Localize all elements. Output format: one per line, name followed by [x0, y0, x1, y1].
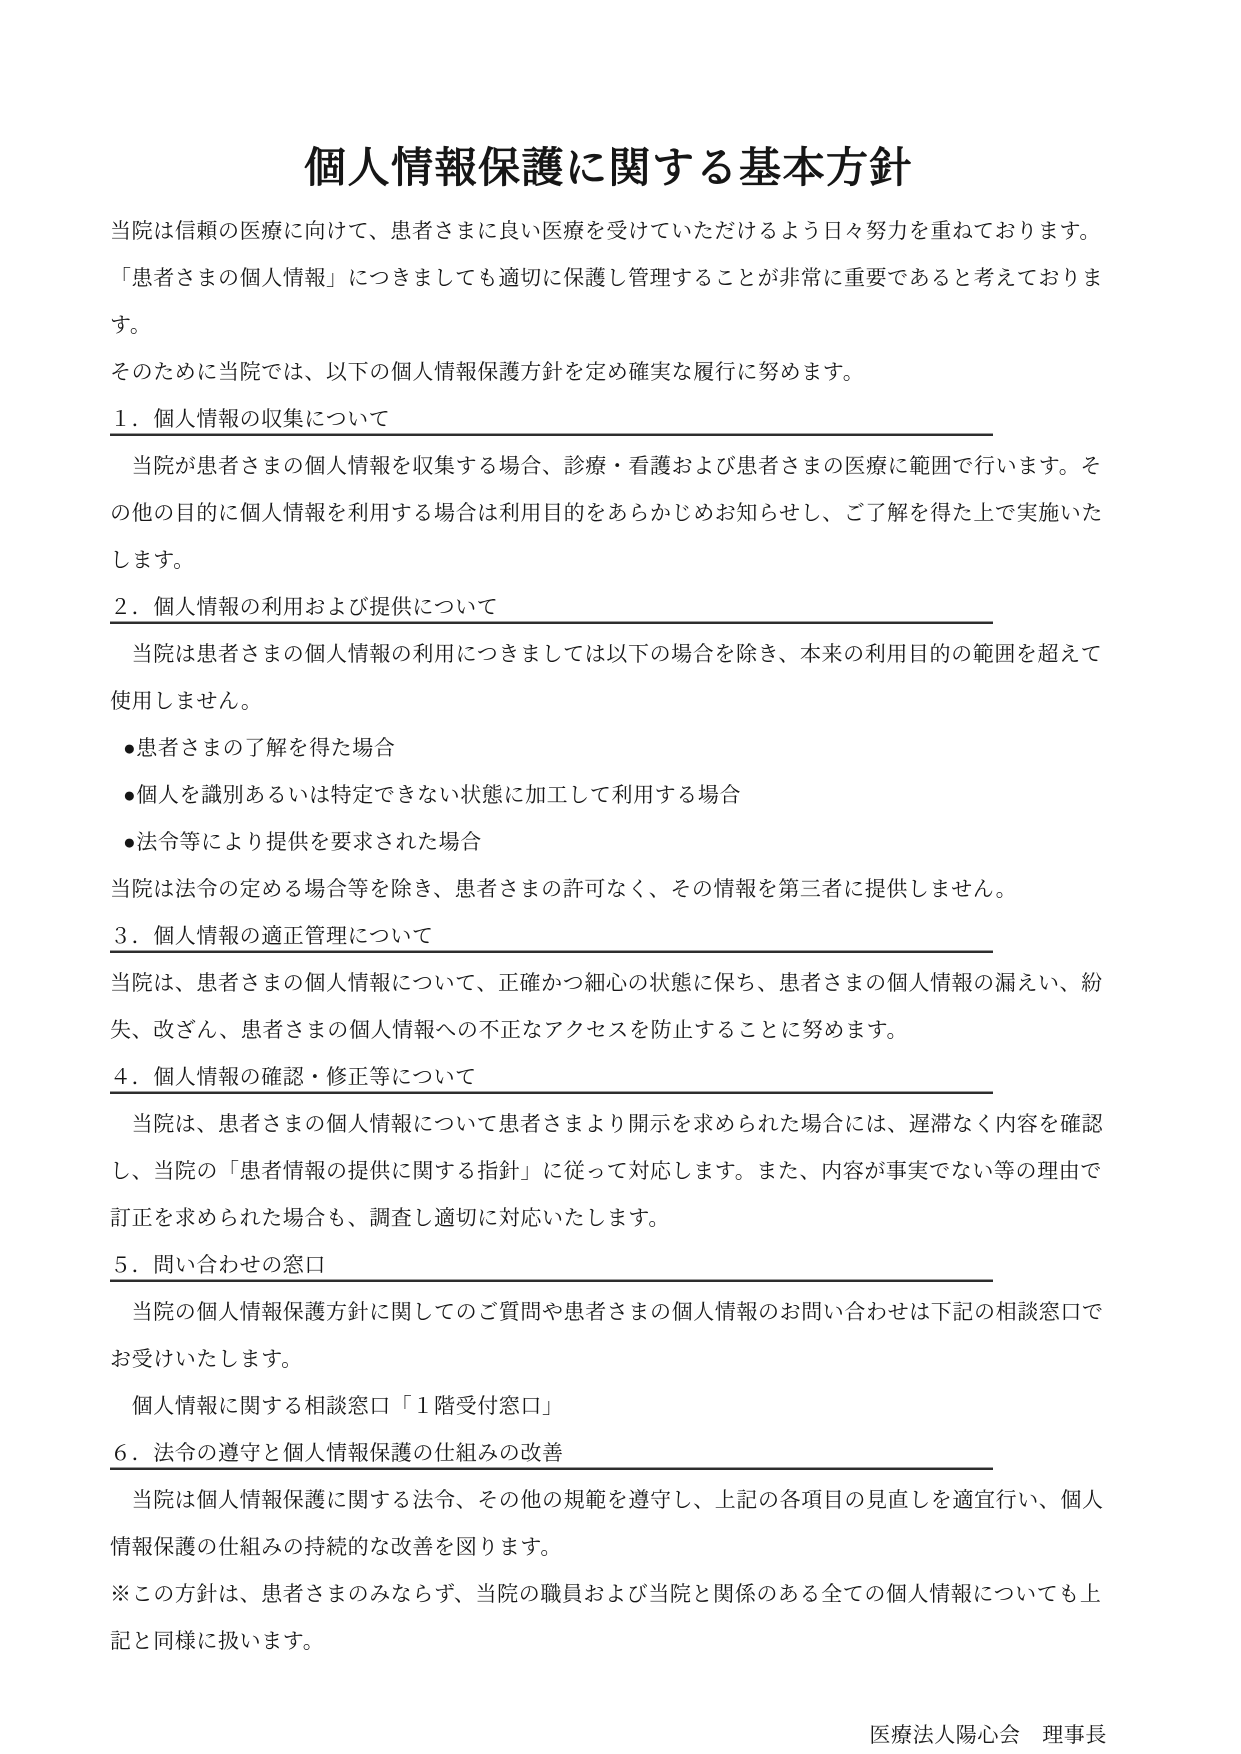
- section-1-paragraph: 当院が患者さまの個人情報を収集する場合、診療・看護および患者さまの医療に範囲で行…: [110, 443, 1107, 584]
- section-heading-1: １．個人情報の収集について: [110, 396, 1107, 443]
- intro-paragraph-1: 当院は信頼の医療に向けて、患者さまに良い医療を受けていただけるよう日々努力を重ね…: [110, 208, 1107, 349]
- section-2-closing-paragraph: 当院は法令の定める場合等を除き、患者さまの許可なく、その情報を第三者に提供しませ…: [110, 866, 1107, 913]
- bullet-item-1: ●患者さまの了解を得た場合: [110, 725, 1107, 772]
- section-2-paragraph: 当院は患者さまの個人情報の利用につきましては以下の場合を除き、本来の利用目的の範…: [110, 631, 1107, 725]
- bullet-item-2: ●個人を識別あるいは特定できない状態に加工して利用する場合: [110, 772, 1107, 819]
- section-heading-4: ４．個人情報の確認・修正等について: [110, 1054, 1107, 1101]
- section-6-paragraph: 当院は個人情報保護に関する法令、その他の規範を遵守し、上記の各項目の見直しを適宜…: [110, 1477, 1107, 1571]
- section-3-paragraph: 当院は、患者さまの個人情報について、正確かつ細心の状態に保ち、患者さまの個人情報…: [110, 960, 1107, 1054]
- section-heading-5: ５．問い合わせの窓口: [110, 1242, 1107, 1289]
- section-5-paragraph: 当院の個人情報保護方針に関してのご質問や患者さまの個人情報のお問い合わせは下記の…: [110, 1289, 1107, 1383]
- section-heading-2: ２．個人情報の利用および提供について: [110, 584, 1107, 631]
- signature-line: 医療法人陽心会 理事長: [110, 1712, 1107, 1754]
- bullet-item-3: ●法令等により提供を要求された場合: [110, 819, 1107, 866]
- document-body: 当院は信頼の医療に向けて、患者さまに良い医療を受けていただけるよう日々努力を重ね…: [110, 208, 1107, 1665]
- section-heading-6: ６．法令の遵守と個人情報保護の仕組みの改善: [110, 1430, 1107, 1477]
- note-paragraph: ※この方針は、患者さまのみならず、当院の職員および当院と関係のある全ての個人情報…: [110, 1571, 1107, 1665]
- section-4-paragraph: 当院は、患者さまの個人情報について患者さまより開示を求められた場合には、遅滞なく…: [110, 1101, 1107, 1242]
- section-5-contact-line: 個人情報に関する相談窓口「１階受付窓口」: [110, 1383, 1107, 1430]
- intro-paragraph-2: そのために当院では、以下の個人情報保護方針を定め確実な履行に努めます。: [110, 349, 1107, 396]
- section-heading-3: ３．個人情報の適正管理について: [110, 913, 1107, 960]
- document-page: 個人情報保護に関する基本方針 当院は信頼の医療に向けて、患者さまに良い医療を受け…: [0, 0, 1241, 1754]
- page-title: 個人情報保護に関する基本方針: [110, 140, 1107, 198]
